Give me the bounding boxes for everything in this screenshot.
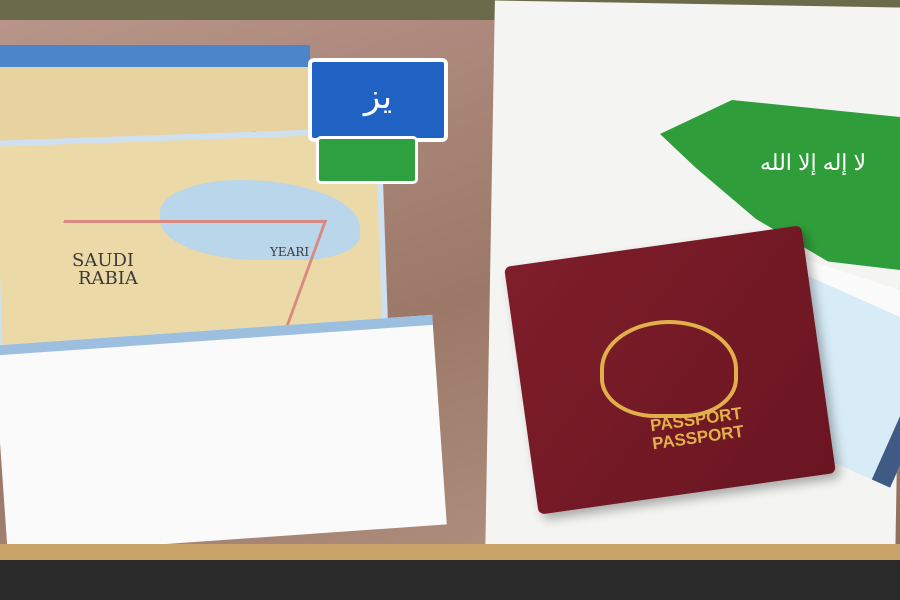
map-country-label-2: RABIA [78,268,138,289]
blue-road-sign: ﻳﺰ [308,58,448,142]
suitcase-rim [0,560,900,600]
flag-shahada-text: لا إله إلا الله [760,150,866,176]
paper-document [0,315,447,555]
zipper [0,544,900,560]
passport-emblem-icon [600,320,738,418]
green-road-sign [316,136,418,184]
road-sign-text: ﻳﺰ [364,78,392,116]
map-region-label: YEARI [270,245,309,259]
